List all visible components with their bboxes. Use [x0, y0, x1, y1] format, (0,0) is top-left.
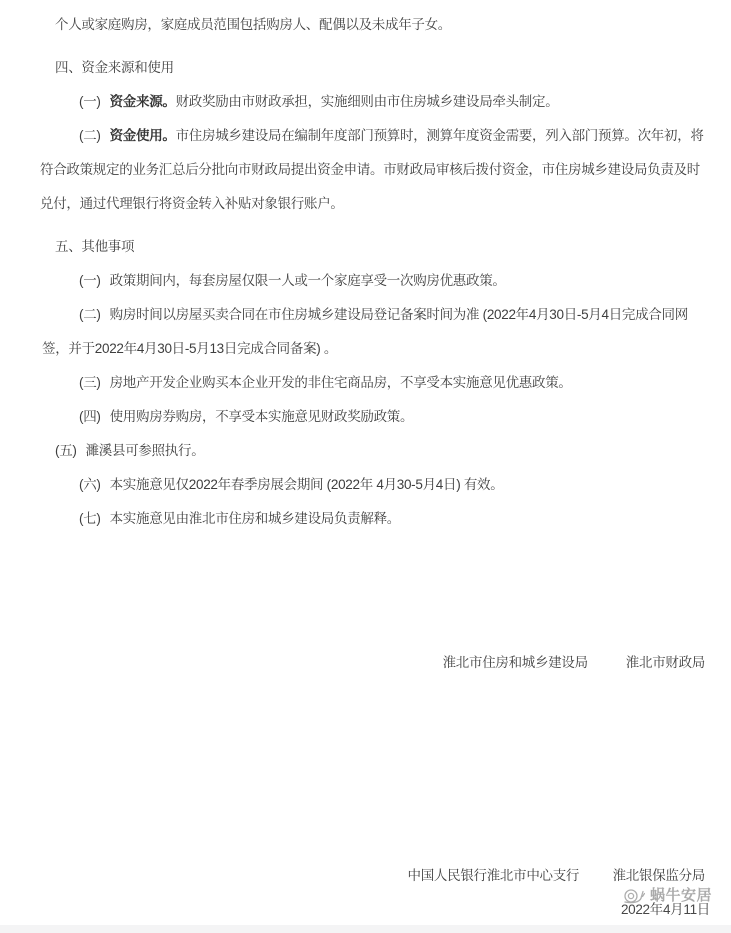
- item-number: (三): [79, 375, 101, 390]
- item-number: (二): [79, 307, 101, 322]
- section-4-item-2-line-3: 兑付，通过代理银行将资金转入补贴对象银行账户。: [40, 187, 711, 221]
- item-bold-lead: 资金来源。: [110, 94, 176, 109]
- date-text: 2022年4月11日: [621, 902, 710, 917]
- item-text: 房地产开发企业购买本企业开发的非住宅商品房，不享受本实施意见优惠政策。: [110, 375, 572, 390]
- item-number: (六): [79, 477, 101, 492]
- section-4-heading-text: 四、资金来源和使用: [55, 60, 174, 75]
- item-text: 政策期间内，每套房屋仅限一人或一个家庭享受一次购房优惠政策。: [110, 273, 506, 288]
- section-5-item-2-line-2: 签，并于2022年4月30日-5月13日完成合同备案) 。: [42, 332, 711, 366]
- item-text: 财政奖励由市财政承担，实施细则由市住房城乡建设局牵头制定。: [176, 94, 559, 109]
- item-number: (四): [79, 409, 101, 424]
- footer-org-line: 中国人民银行淮北市中心支行 淮北银保监分局: [0, 859, 731, 893]
- footer-org-pboc-branch: 中国人民银行淮北市中心支行: [408, 868, 580, 883]
- item-text: 签，并于2022年4月30日-5月13日完成合同备案) 。: [42, 341, 337, 356]
- signature-org-finance-bureau: 淮北市财政局: [626, 646, 705, 680]
- item-number: (一): [79, 273, 101, 288]
- signature-line: 淮北市住房和城乡建设局 淮北市财政局: [0, 646, 705, 680]
- item-number: (五): [55, 443, 77, 458]
- footer-org-cbirc-branch: 淮北银保监分局: [613, 868, 705, 883]
- document-date: 2022年4月11日: [0, 893, 731, 927]
- footer-block: 中国人民银行淮北市中心支行 淮北银保监分局 2022年4月11日 蜗牛安居: [0, 859, 731, 929]
- item-text: 本实施意见仅2022年春季房展会期间 (2022年 4月30-5月4日) 有效。: [110, 477, 504, 492]
- item-text: 本实施意见由淮北市住房和城乡建设局负责解释。: [110, 511, 400, 526]
- section-5-heading-text: 五、其他事项: [55, 239, 134, 254]
- item-text: 使用购房券购房，不享受本实施意见财政奖励政策。: [110, 409, 414, 424]
- item-number: (七): [79, 511, 101, 526]
- section-5-item-2-line-1: (二)购房时间以房屋买卖合同在市住房城乡建设局登记备案时间为准 (2022年4月…: [55, 298, 711, 332]
- item-text: 兑付，通过代理银行将资金转入补贴对象银行账户。: [40, 196, 344, 211]
- section-4-item-2-line-2: 符合政策规定的业务汇总后分批向市财政局提出资金申请。市财政局审核后拨付资金，市住…: [40, 153, 711, 187]
- section-4-heading: 四、资金来源和使用: [55, 51, 711, 85]
- document-page: 个人或家庭购房，家庭成员范围包括购房人、配偶以及未成年子女。 四、资金来源和使用…: [0, 0, 731, 933]
- section-5-item-4: (四)使用购房券购房，不享受本实施意见财政奖励政策。: [55, 400, 711, 434]
- section-5-item-5: (五)濉溪县可参照执行。: [55, 434, 711, 468]
- item-number: (一): [79, 94, 101, 109]
- section-4-item-2-line-1: (二)资金使用。市住房城乡建设局在编制年度部门预算时，测算年度资金需要，列入部门…: [55, 119, 711, 153]
- intro-text: 个人或家庭购房，家庭成员范围包括购房人、配偶以及未成年子女。: [55, 17, 451, 32]
- item-text: 市住房城乡建设局在编制年度部门预算时，测算年度资金需要，列入部门预算。次年初，将: [176, 128, 704, 143]
- section-5-item-1: (一)政策期间内，每套房屋仅限一人或一个家庭享受一次购房优惠政策。: [55, 264, 711, 298]
- section-5-item-3: (三)房地产开发企业购买本企业开发的非住宅商品房，不享受本实施意见优惠政策。: [55, 366, 711, 400]
- section-5-item-7: (七)本实施意见由淮北市住房和城乡建设局负责解释。: [55, 502, 711, 536]
- signature-org-housing-bureau: 淮北市住房和城乡建设局: [443, 646, 588, 680]
- top-spacer: [0, 0, 731, 8]
- item-text: 符合政策规定的业务汇总后分批向市财政局提出资金申请。市财政局审核后拨付资金，市住…: [40, 162, 700, 177]
- intro-line: 个人或家庭购房，家庭成员范围包括购房人、配偶以及未成年子女。: [55, 8, 711, 42]
- item-number: (二): [79, 128, 101, 143]
- page-bottom-edge: [0, 925, 731, 933]
- item-text: 购房时间以房屋买卖合同在市住房城乡建设局登记备案时间为准 (2022年4月30日…: [110, 307, 688, 322]
- section-4-item-1: (一)资金来源。财政奖励由市财政承担，实施细则由市住房城乡建设局牵头制定。: [55, 85, 711, 119]
- section-5-heading: 五、其他事项: [55, 230, 711, 264]
- item-text: 濉溪县可参照执行。: [86, 443, 205, 458]
- section-5-item-6: (六)本实施意见仅2022年春季房展会期间 (2022年 4月30-5月4日) …: [55, 468, 711, 502]
- item-bold-lead: 资金使用。: [110, 128, 176, 143]
